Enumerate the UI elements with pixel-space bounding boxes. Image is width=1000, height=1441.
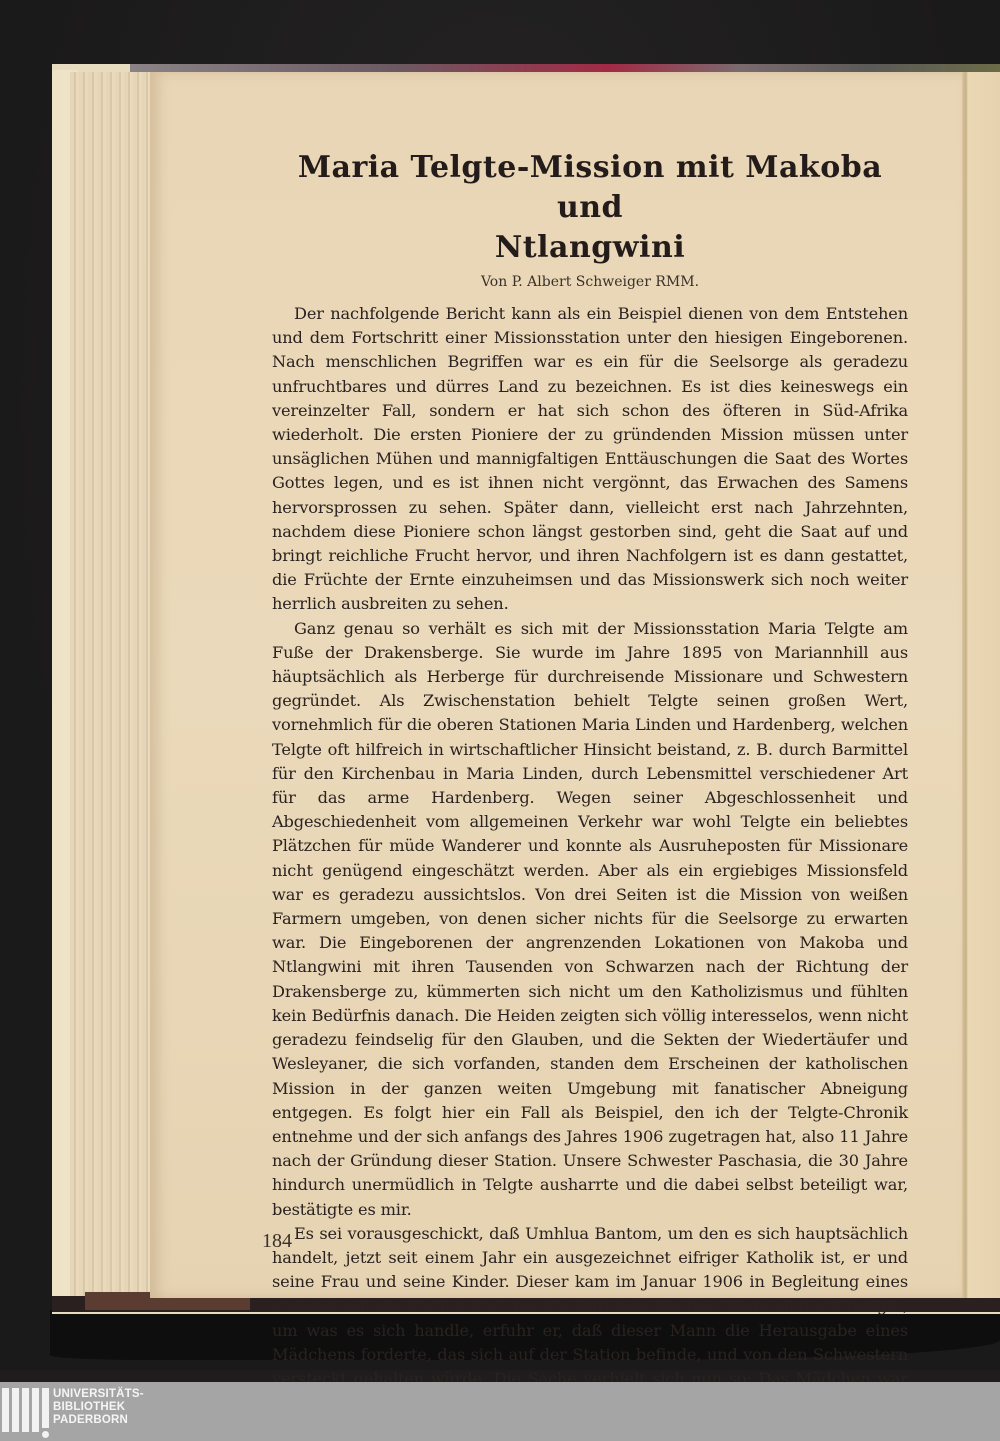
logo-line-1: UNIVERSITÄTS-	[53, 1388, 144, 1401]
paragraph-2: Ganz genau so verhält es sich mit der Mi…	[272, 617, 908, 1222]
paragraph-1: Der nachfolgende Bericht kann als ein Be…	[272, 302, 908, 617]
page-gutter	[962, 72, 1000, 1298]
byline: Von P. Albert Schweiger RMM.	[272, 274, 908, 290]
title-line-1: Maria Telgte-Mission mit Makoba und	[298, 150, 882, 225]
logo-line-3: PADERBORN	[53, 1414, 144, 1427]
article-title: Maria Telgte-Mission mit Makoba und Ntla…	[272, 148, 908, 268]
page-number: 184	[262, 1230, 292, 1253]
library-logo-text: UNIVERSITÄTS- BIBLIOTHEK PADERBORN	[53, 1388, 144, 1427]
logo-line-2: BIBLIOTHEK	[53, 1401, 144, 1414]
page-stack	[70, 72, 160, 1302]
library-footer-bar	[0, 1382, 1000, 1441]
title-line-2: Ntlangwini	[495, 230, 685, 265]
article: Maria Telgte-Mission mit Makoba und Ntla…	[272, 148, 908, 1440]
